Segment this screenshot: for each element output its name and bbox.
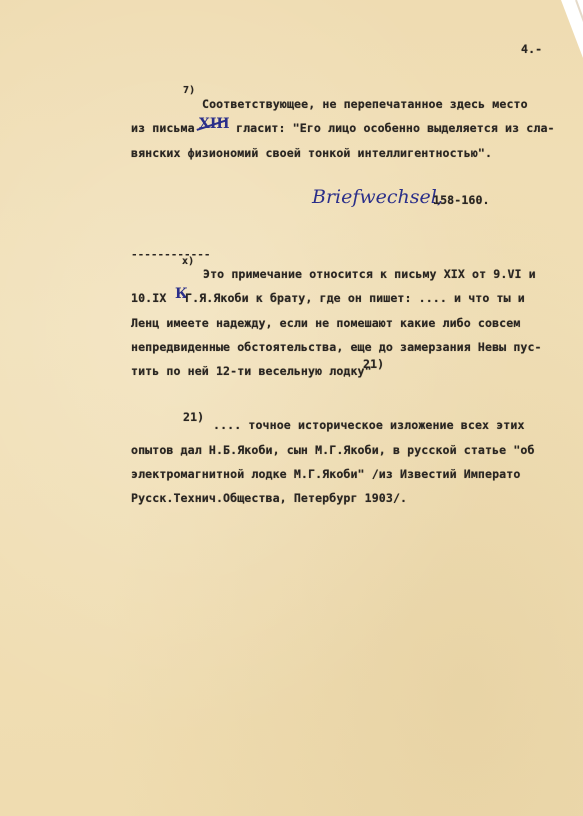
note21-marker: 21) — [183, 410, 204, 424]
citation-pages: 158-160. — [433, 193, 490, 207]
note-x-line-3: Ленц имеете надежду, если не помешают ка… — [131, 316, 520, 330]
note-x-line-2a: 10.IX — [131, 291, 166, 305]
note-x-line-5: тить по ней 12-ти весельную лодку" — [131, 364, 372, 378]
handwritten-citation: Briefwechsel, — [312, 186, 443, 208]
note-x-line-1: Это примечание относится к письму XIX от… — [203, 267, 536, 281]
note-x-line-4: непредвиденные обстоятельства, еще до за… — [131, 340, 542, 354]
note7-marker: 7) — [183, 88, 195, 102]
note-x-line-2b: Г.Я.Якоби к брату, где он пишет: .... и … — [185, 291, 525, 305]
note21-line-1: .... точное историческое изложение всех … — [213, 418, 525, 432]
note-x-marker: x) — [182, 259, 194, 273]
note7-line-3: вянских физиономий своей тонкой интеллиг… — [131, 146, 492, 160]
page-number: 4.- — [521, 42, 542, 56]
note-x-ref: 21) — [363, 357, 384, 371]
note-x-marker-text: x) — [182, 256, 194, 267]
document-page: 4.- 7) Соответствующее, не перепечатанно… — [0, 0, 583, 816]
footnote-separator: ------------ — [131, 248, 210, 261]
note21-line-2: опытов дал Н.Б.Якоби, сын М.Г.Якоби, в р… — [131, 443, 535, 457]
note21-line-3: электромагнитной лодке М.Г.Якоби" /из Из… — [131, 467, 520, 481]
note7-marker-text: 7) — [183, 85, 195, 96]
note7-line-1: Соответствующее, не перепечатанное здесь… — [202, 97, 528, 111]
note7-line-2: гласит: "Его лицо особенно выделяется из… — [236, 121, 555, 135]
note21-line-4: Русск.Технич.Общества, Петербург 1903/. — [131, 491, 407, 505]
note7-line-2-prefix: из письма — [131, 121, 195, 135]
